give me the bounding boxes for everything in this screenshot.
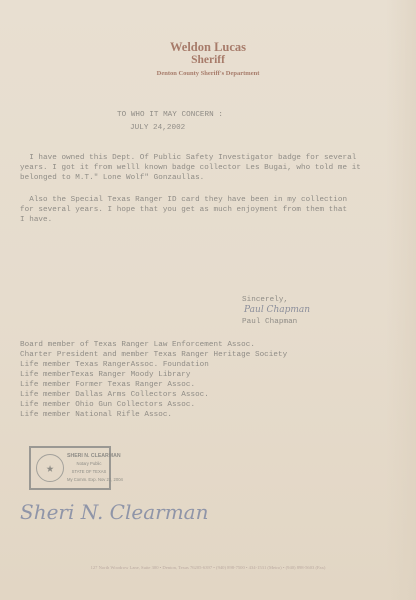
salutation: TO WHO IT MAY CONCERN :: [117, 111, 223, 119]
notary-stamp: ★ SHERI N. CLEARMAN Notary Public STATE …: [29, 446, 111, 490]
affiliation-item: Life member Dallas Arms Collectors Assoc…: [20, 391, 209, 399]
affiliation-item: Charter President and member Texas Range…: [20, 351, 287, 359]
notary-title: Notary Public: [67, 460, 111, 468]
paragraph2-line1: Also the Special Texas Ranger ID card th…: [20, 196, 347, 204]
paper-shadow: [386, 0, 416, 600]
affiliation-item: Life memberTexas Ranger Moody Library: [20, 371, 190, 379]
paragraph2-line2: for several years. I hope that you get a…: [20, 206, 347, 214]
letterhead-name: Weldon Lucas: [0, 40, 416, 55]
letterhead-department: Denton County Sheriff's Department: [0, 70, 416, 77]
affiliation-item: Life member National Rifle Assoc.: [20, 411, 172, 419]
notary-expiry: My Comm. Exp. Nov 22, 2004: [67, 476, 111, 484]
paragraph1-line3: belonged to M.T." Lone Wolf" Gonzaullas.: [20, 174, 204, 182]
notary-signature: Sheri N. Clearman: [20, 500, 208, 524]
closing: Sincerely,: [242, 296, 288, 304]
affiliation-item: Life member Ohio Gun Collectors Assoc.: [20, 401, 195, 409]
affiliation-item: Board member of Texas Ranger Law Enforce…: [20, 341, 255, 349]
letterhead-title: Sheriff: [0, 54, 416, 66]
letter-page: Weldon Lucas Sheriff Denton County Sheri…: [0, 0, 416, 600]
affiliation-item: Life member Former Texas Ranger Assoc.: [20, 381, 195, 389]
notary-name: SHERI N. CLEARMAN: [67, 452, 111, 460]
signer-name: Paul Chapman: [242, 318, 297, 326]
letterhead-footer: 127 North Woodrow Lane, Suite 300 • Dent…: [0, 565, 416, 570]
affiliation-item: Life member Texas RangerAssoc. Foundatio…: [20, 361, 209, 369]
paragraph1-line1: I have owned this Dept. Of Public Safety…: [20, 154, 356, 162]
paragraph2-line3: I have.: [20, 216, 52, 224]
star-seal-icon: ★: [36, 454, 64, 482]
author-signature: Paul Chapman: [244, 305, 310, 315]
paragraph1-line2: years. I got it from welll known badge c…: [20, 164, 361, 172]
letter-date: JULY 24,2002: [130, 124, 185, 132]
notary-state: STATE OF TEXAS: [67, 468, 111, 476]
